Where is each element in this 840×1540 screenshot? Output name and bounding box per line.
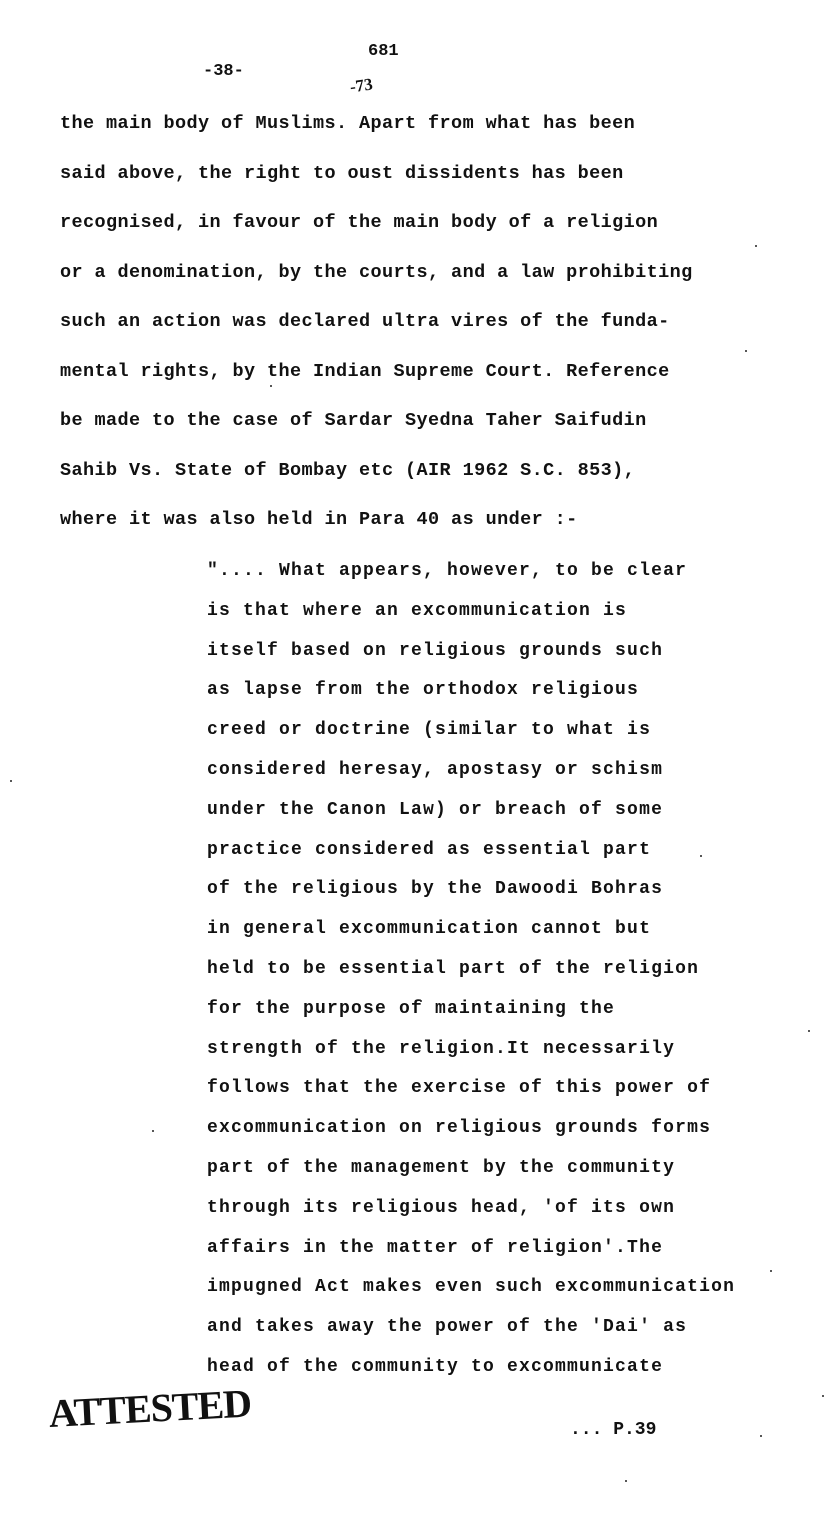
- attested-stamp: ATTESTED: [48, 1379, 253, 1437]
- quote-line: impugned Act makes even such excommunica…: [207, 1278, 735, 1296]
- continuation-marker: ... P.39: [570, 1420, 656, 1440]
- quote-line: itself based on religious grounds such: [207, 642, 663, 660]
- body-line: such an action was declared ultra vires …: [60, 313, 670, 332]
- quote-line: practice considered as essential part: [207, 841, 651, 859]
- scan-speck: [625, 1480, 627, 1482]
- body-line: mental rights, by the Indian Supreme Cou…: [60, 363, 670, 382]
- scan-speck: [270, 385, 272, 387]
- body-line: recognised, in favour of the main body o…: [60, 214, 658, 233]
- body-line: the main body of Muslims. Apart from wha…: [60, 115, 635, 134]
- scan-speck: [10, 780, 12, 782]
- body-line: or a denomination, by the courts, and a …: [60, 264, 693, 283]
- quote-line: creed or doctrine (similar to what is: [207, 721, 651, 739]
- quote-line: through its religious head, 'of its own: [207, 1199, 675, 1217]
- quote-line: strength of the religion.It necessarily: [207, 1040, 675, 1058]
- quote-line: held to be essential part of the religio…: [207, 960, 699, 978]
- body-line: where it was also held in Para 40 as und…: [60, 511, 578, 530]
- scan-speck: [770, 1270, 772, 1272]
- page-marker-left: -38-: [203, 62, 244, 81]
- scan-speck: [760, 1435, 762, 1437]
- body-line: Sahib Vs. State of Bombay etc (AIR 1962 …: [60, 462, 635, 481]
- scan-speck: [808, 1030, 810, 1032]
- scan-speck: [822, 1395, 824, 1397]
- scan-speck: [420, 1000, 422, 1002]
- quote-line: ".... What appears, however, to be clear: [207, 562, 687, 580]
- quote-line: considered heresay, apostasy or schism: [207, 761, 663, 779]
- quote-line: excommunication on religious grounds for…: [207, 1119, 711, 1137]
- scan-speck: [755, 245, 757, 247]
- quote-line: under the Canon Law) or breach of some: [207, 801, 663, 819]
- scan-speck: [745, 350, 747, 352]
- quote-line: of the religious by the Dawoodi Bohras: [207, 880, 663, 898]
- scan-speck: [152, 1130, 154, 1132]
- document-page: -38- 681 -73 the main body of Muslims. A…: [0, 0, 840, 1540]
- body-line: said above, the right to oust dissidents…: [60, 165, 624, 184]
- quote-line: head of the community to excommunicate: [207, 1358, 663, 1376]
- quote-line: for the purpose of maintaining the: [207, 1000, 615, 1018]
- quote-line: as lapse from the orthodox religious: [207, 681, 639, 699]
- scan-speck: [700, 855, 702, 857]
- quote-line: in general excommunication cannot but: [207, 920, 651, 938]
- quote-line: is that where an excommunication is: [207, 602, 627, 620]
- quote-line: affairs in the matter of religion'.The: [207, 1239, 663, 1257]
- page-number-top: 681: [368, 42, 399, 61]
- handwritten-page-number: -73: [349, 75, 374, 98]
- quote-line: part of the management by the community: [207, 1159, 675, 1177]
- quote-line: follows that the exercise of this power …: [207, 1079, 711, 1097]
- body-line: be made to the case of Sardar Syedna Tah…: [60, 412, 647, 431]
- quote-line: and takes away the power of the 'Dai' as: [207, 1318, 687, 1336]
